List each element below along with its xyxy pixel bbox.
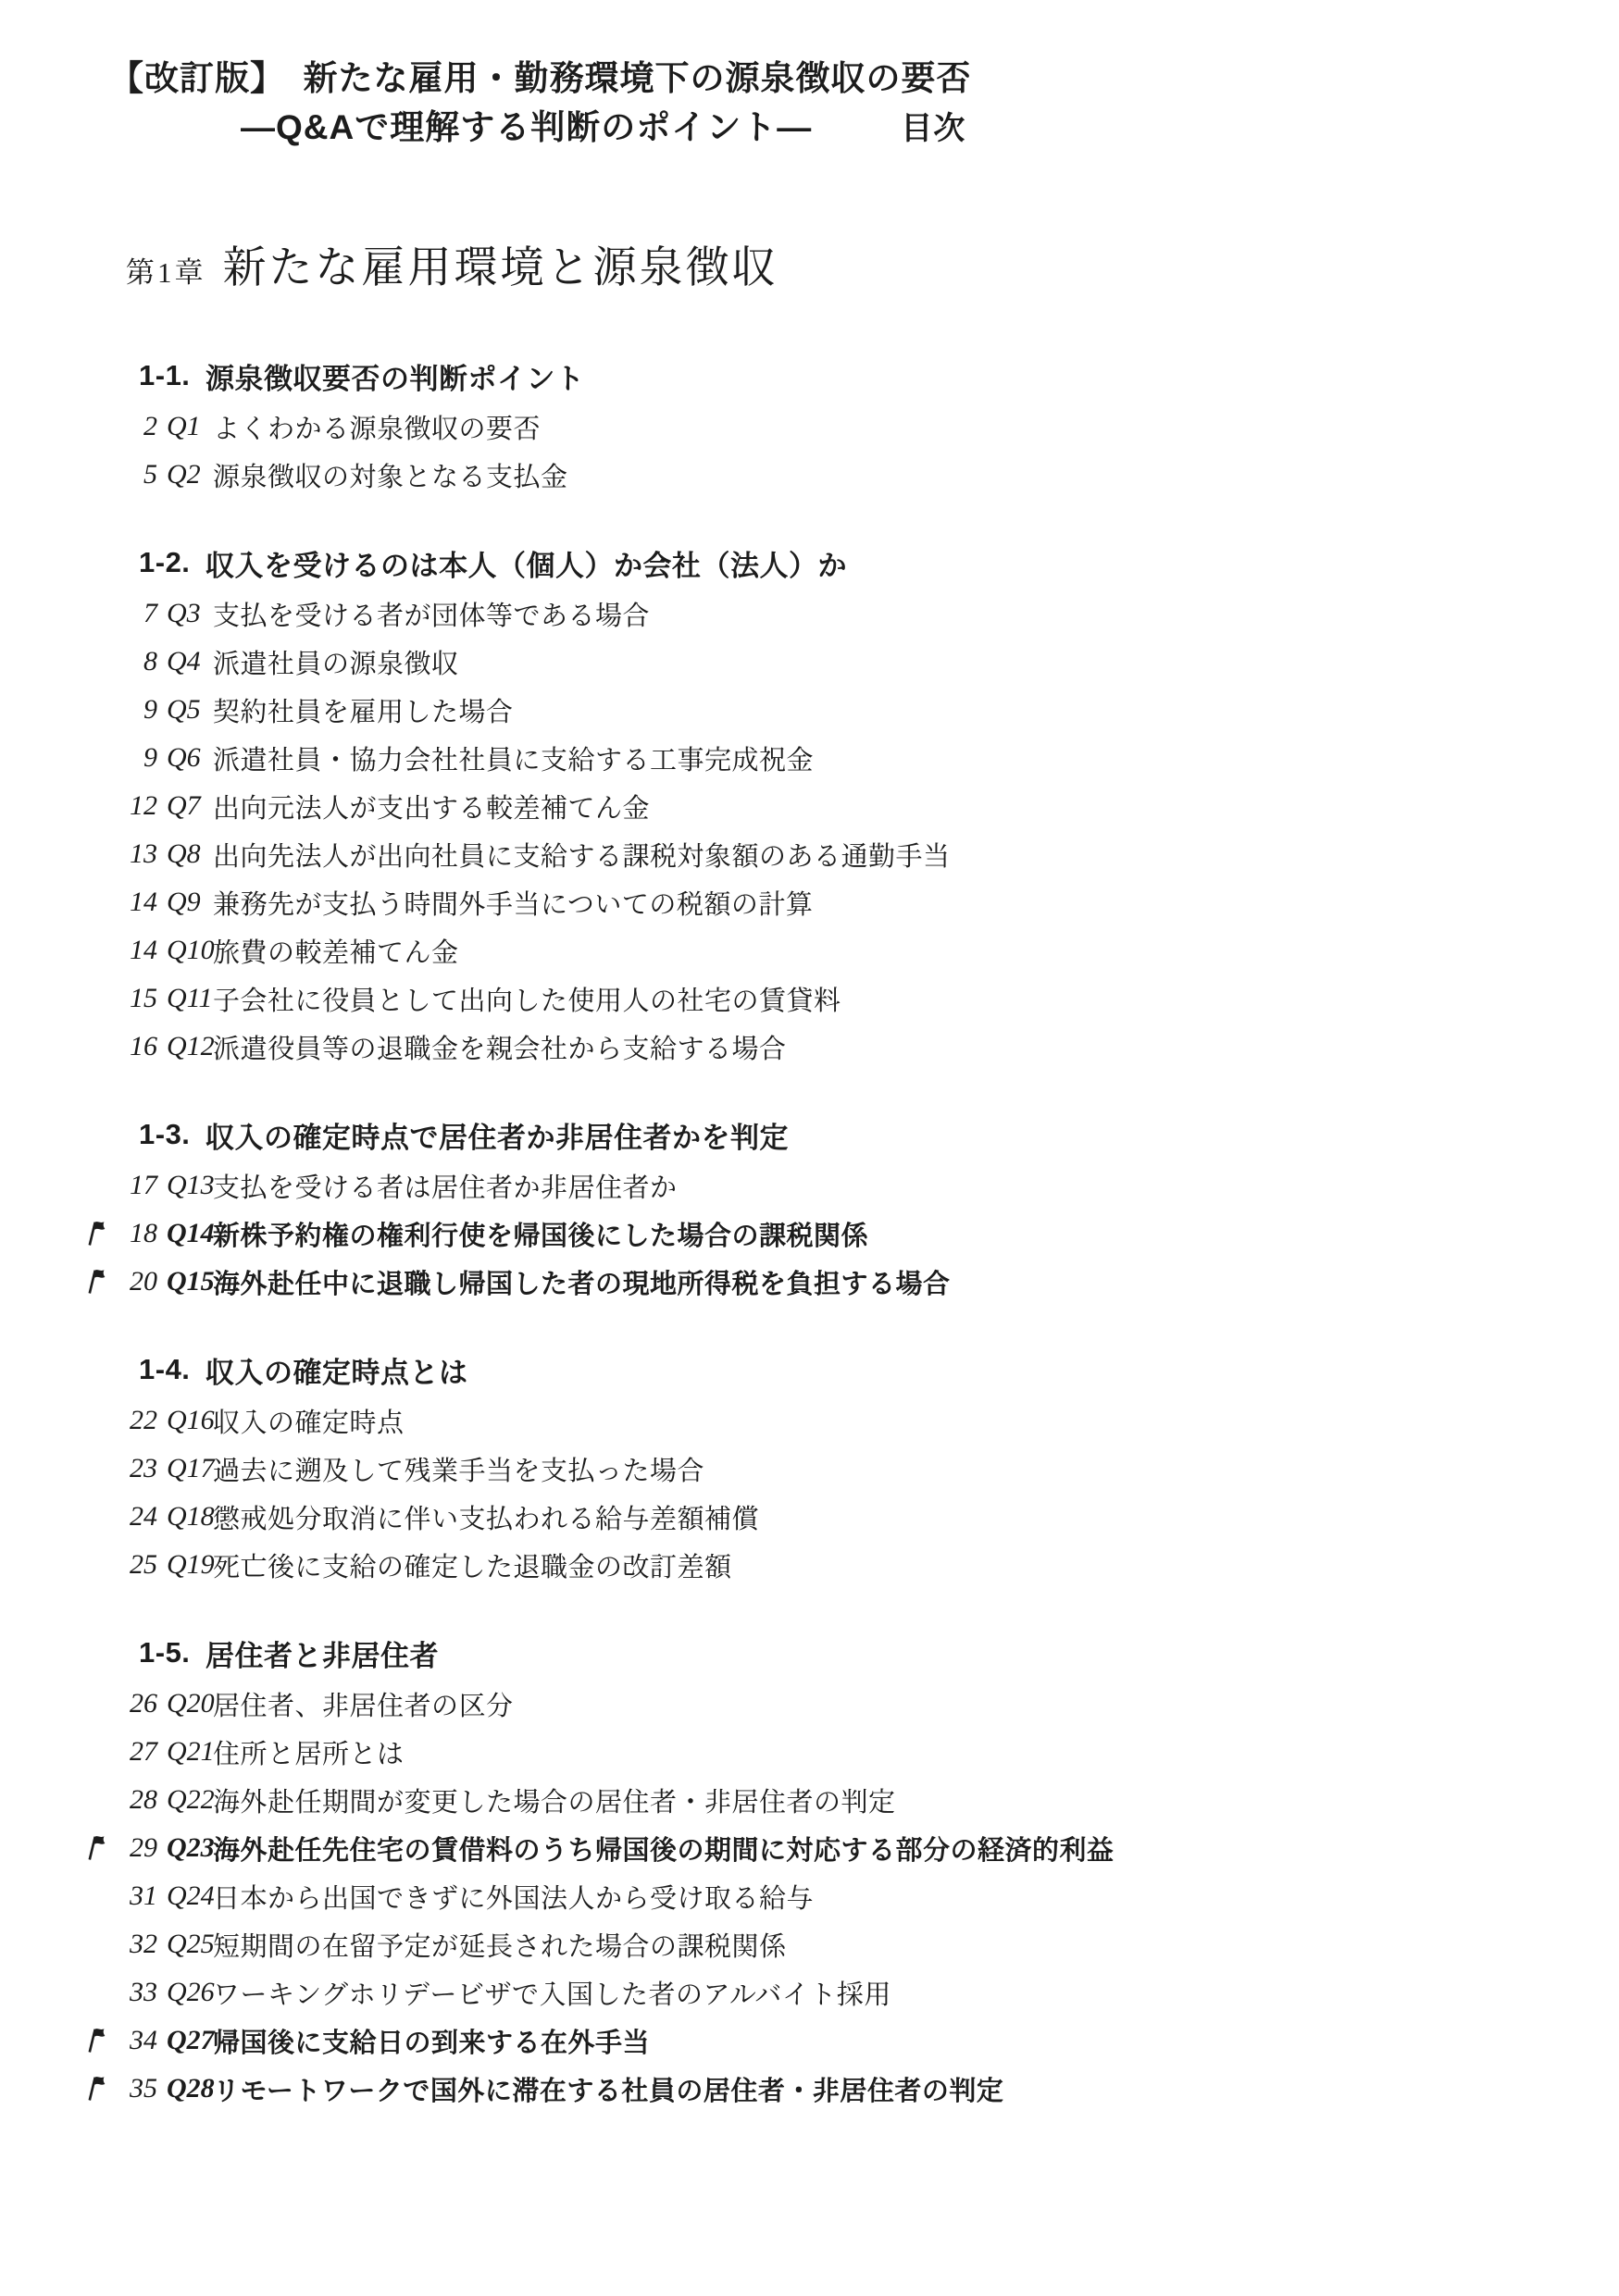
entry-q-label: Q6: [167, 742, 213, 774]
entry-title: 新株予約権の権利行使を帰国後にした場合の課税関係: [213, 1215, 1619, 1253]
chapter-title: 新たな雇用環境と源泉徴収: [223, 244, 778, 292]
toc-entry: 24Q18懲戒処分取消に伴い支払われる給与差額補償: [0, 1493, 1619, 1541]
flag-icon: [81, 2073, 122, 2104]
entry-q-label: Q28: [167, 2073, 213, 2104]
entry-page-number: 33: [122, 1977, 157, 2008]
chapter-number: 第1章: [126, 256, 206, 289]
entry-q-label: Q8: [167, 838, 213, 870]
entry-page-number: 27: [122, 1736, 157, 1768]
entry-title: よくわかる源泉徴収の要否: [213, 408, 1619, 446]
entry-q-label: Q7: [167, 790, 213, 822]
toc-entry: 35Q28リモートワークで国外に滞在する社員の居住者・非居住者の判定: [0, 2065, 1619, 2113]
entry-page-number: 25: [122, 1549, 157, 1581]
entry-page-number: 13: [122, 838, 157, 870]
entry-page-number: 22: [122, 1405, 157, 1436]
entry-page-number: 28: [122, 1784, 157, 1816]
toc-entry: 27Q21住所と居所とは: [0, 1728, 1619, 1776]
entry-page-number: 34: [122, 2025, 157, 2056]
section-title: 収入の確定時点で居住者か非居住者かを判定: [205, 1114, 1619, 1156]
entry-page-number: 16: [122, 1031, 157, 1062]
toc-entry: 15Q11子会社に役員として出向した使用人の社宅の賃貸料: [0, 974, 1619, 1023]
entry-page-number: 9: [122, 742, 157, 774]
entry-q-label: Q14: [167, 1218, 213, 1249]
toc-entry: 8Q4派遣社員の源泉徴収: [0, 638, 1619, 686]
entry-q-label: Q18: [167, 1501, 213, 1533]
section-title: 収入の確定時点とは: [205, 1349, 1619, 1391]
entry-title: 過去に遡及して残業手当を支払った場合: [213, 1450, 1619, 1488]
book-title-line2: ―Q&Aで理解する判断のポイント―: [241, 108, 812, 146]
toc-page: 【改訂版】 新たな雇用・勤務環境下の源泉徴収の要否 ―Q&Aで理解する判断のポイ…: [0, 0, 1619, 2296]
entry-title: 海外赴任期間が変更した場合の居住者・非居住者の判定: [213, 1781, 1619, 1819]
toc-entry: 26Q20居住者、非居住者の区分: [0, 1680, 1619, 1728]
section-heading: 1-2.収入を受けるのは本人（個人）か会社（法人）か: [0, 541, 1619, 584]
entry-title: 契約社員を雇用した場合: [213, 691, 1619, 729]
entry-page-number: 2: [122, 411, 157, 442]
entry-page-number: 14: [122, 935, 157, 966]
entry-q-label: Q16: [167, 1405, 213, 1436]
toc-sections: 1-1.源泉徴収要否の判断ポイント2Q1よくわかる源泉徴収の要否5Q2源泉徴収の…: [0, 354, 1619, 2113]
section-number: 1-3.: [139, 1118, 205, 1151]
entry-title: 子会社に役員として出向した使用人の社宅の賃貸料: [213, 980, 1619, 1018]
entry-title: 支払を受ける者は居住者か非居住者か: [213, 1167, 1619, 1205]
flag-icon: [81, 1218, 122, 1249]
entry-title: 居住者、非居住者の区分: [213, 1685, 1619, 1723]
entry-title: 派遣社員・協力会社社員に支給する工事完成祝金: [213, 739, 1619, 777]
entry-q-label: Q27: [167, 2025, 213, 2056]
section-number: 1-4.: [139, 1353, 205, 1386]
chapter-heading: 第1章新たな雇用環境と源泉徴収: [0, 233, 1619, 295]
entry-q-label: Q11: [167, 983, 213, 1014]
section-heading: 1-3.収入の確定時点で居住者か非居住者かを判定: [0, 1113, 1619, 1156]
entry-page-number: 17: [122, 1170, 157, 1201]
toc-entry: 22Q16収入の確定時点: [0, 1396, 1619, 1445]
entry-title: 源泉徴収の対象となる支払金: [213, 456, 1619, 494]
entry-q-label: Q4: [167, 646, 213, 677]
entry-page-number: 7: [122, 598, 157, 629]
entry-page-number: 12: [122, 790, 157, 822]
entry-q-label: Q13: [167, 1170, 213, 1201]
section-number: 1-2.: [139, 546, 205, 579]
book-title-line2-row: ―Q&Aで理解する判断のポイント―目次: [109, 103, 1619, 154]
entry-title: 日本から出国できずに外国法人から受け取る給与: [213, 1878, 1619, 1916]
entry-title: 派遣社員の源泉徴収: [213, 643, 1619, 681]
entry-title: 住所と居所とは: [213, 1733, 1619, 1771]
entry-page-number: 35: [122, 2073, 157, 2104]
entry-q-label: Q15: [167, 1266, 213, 1297]
book-title-block: 【改訂版】 新たな雇用・勤務環境下の源泉徴収の要否 ―Q&Aで理解する判断のポイ…: [0, 54, 1619, 154]
section-heading: 1-1.源泉徴収要否の判断ポイント: [0, 354, 1619, 397]
entry-title: 支払を受ける者が団体等である場合: [213, 595, 1619, 633]
entry-title: 死亡後に支給の確定した退職金の改訂差額: [213, 1546, 1619, 1584]
entry-page-number: 23: [122, 1453, 157, 1484]
toc-entry: 14Q9兼務先が支払う時間外手当についての税額の計算: [0, 878, 1619, 926]
entry-page-number: 8: [122, 646, 157, 677]
toc-entry: 32Q25短期間の在留予定が延長された場合の課税関係: [0, 1920, 1619, 1968]
entry-page-number: 5: [122, 459, 157, 490]
flag-icon: [81, 2025, 122, 2056]
entry-title: 懲戒処分取消に伴い支払われる給与差額補償: [213, 1498, 1619, 1536]
entry-title: ワーキングホリデービザで入国した者のアルバイト採用: [213, 1974, 1619, 2012]
toc-entry: 33Q26ワーキングホリデービザで入国した者のアルバイト採用: [0, 1968, 1619, 2017]
section-title: 収入を受けるのは本人（個人）か会社（法人）か: [205, 542, 1619, 584]
entry-q-label: Q20: [167, 1688, 213, 1719]
section-heading: 1-4.収入の確定時点とは: [0, 1348, 1619, 1391]
toc-entry: 29Q23海外赴任先住宅の賃借料のうち帰国後の期間に対応する部分の経済的利益: [0, 1824, 1619, 1872]
entry-title: 帰国後に支給日の到来する在外手当: [213, 2022, 1619, 2060]
entry-title: 派遣役員等の退職金を親会社から支給する場合: [213, 1028, 1619, 1066]
toc-entry: 14Q10旅費の較差補てん金: [0, 926, 1619, 974]
entry-page-number: 26: [122, 1688, 157, 1719]
entry-title: リモートワークで国外に滞在する社員の居住者・非居住者の判定: [213, 2070, 1619, 2108]
entry-page-number: 24: [122, 1501, 157, 1533]
entry-page-number: 20: [122, 1266, 157, 1297]
entry-q-label: Q25: [167, 1929, 213, 1960]
toc-entry: 2Q1よくわかる源泉徴収の要否: [0, 403, 1619, 451]
flag-icon: [81, 1832, 122, 1864]
toc-entry: 23Q17過去に遡及して残業手当を支払った場合: [0, 1445, 1619, 1493]
toc-entry: 18Q14新株予約権の権利行使を帰国後にした場合の課税関係: [0, 1210, 1619, 1258]
entry-page-number: 31: [122, 1880, 157, 1912]
entry-page-number: 29: [122, 1832, 157, 1864]
entry-q-label: Q26: [167, 1977, 213, 2008]
entry-title: 出向先法人が出向社員に支給する課税対象額のある通勤手当: [213, 836, 1619, 874]
toc-entry: 20Q15海外赴任中に退職し帰国した者の現地所得税を負担する場合: [0, 1258, 1619, 1306]
toc-entry: 7Q3支払を受ける者が団体等である場合: [0, 590, 1619, 638]
entry-q-label: Q24: [167, 1880, 213, 1912]
entry-title: 海外赴任中に退職し帰国した者の現地所得税を負担する場合: [213, 1263, 1619, 1301]
section-heading: 1-5.居住者と非居住者: [0, 1632, 1619, 1674]
entry-q-label: Q19: [167, 1549, 213, 1581]
entry-page-number: 18: [122, 1218, 157, 1249]
entry-q-label: Q5: [167, 694, 213, 726]
entry-q-label: Q3: [167, 598, 213, 629]
section-title: 居住者と非居住者: [205, 1632, 1619, 1674]
entry-q-label: Q17: [167, 1453, 213, 1484]
entry-title: 海外赴任先住宅の賃借料のうち帰国後の期間に対応する部分の経済的利益: [213, 1830, 1619, 1868]
entry-q-label: Q1: [167, 411, 213, 442]
entry-title: 出向元法人が支出する較差補てん金: [213, 788, 1619, 825]
section-number: 1-5.: [139, 1636, 205, 1669]
entry-title: 短期間の在留予定が延長された場合の課税関係: [213, 1926, 1619, 1964]
entry-q-label: Q9: [167, 887, 213, 918]
entry-page-number: 9: [122, 694, 157, 726]
entry-page-number: 15: [122, 983, 157, 1014]
entry-q-label: Q23: [167, 1832, 213, 1864]
toc-label: 目次: [901, 105, 965, 154]
entry-q-label: Q21: [167, 1736, 213, 1768]
entry-title: 旅費の較差補てん金: [213, 932, 1619, 970]
entry-q-label: Q22: [167, 1784, 213, 1816]
entry-q-label: Q10: [167, 935, 213, 966]
toc-entry: 5Q2源泉徴収の対象となる支払金: [0, 451, 1619, 499]
flag-icon: [81, 1266, 122, 1297]
toc-entry: 12Q7出向元法人が支出する較差補てん金: [0, 782, 1619, 830]
section-title: 源泉徴収要否の判断ポイント: [205, 355, 1619, 397]
section-number: 1-1.: [139, 359, 205, 392]
entry-title: 兼務先が支払う時間外手当についての税額の計算: [213, 884, 1619, 922]
toc-entry: 9Q6派遣社員・協力会社社員に支給する工事完成祝金: [0, 734, 1619, 782]
toc-entry: 25Q19死亡後に支給の確定した退職金の改訂差額: [0, 1541, 1619, 1589]
toc-entry: 34Q27帰国後に支給日の到来する在外手当: [0, 2017, 1619, 2065]
entry-title: 収入の確定時点: [213, 1402, 1619, 1440]
toc-entry: 28Q22海外赴任期間が変更した場合の居住者・非居住者の判定: [0, 1776, 1619, 1824]
entry-q-label: Q2: [167, 459, 213, 490]
book-title-line1: 【改訂版】 新たな雇用・勤務環境下の源泉徴収の要否: [109, 54, 1619, 103]
entry-q-label: Q12: [167, 1031, 213, 1062]
entry-page-number: 14: [122, 887, 157, 918]
toc-entry: 31Q24日本から出国できずに外国法人から受け取る給与: [0, 1872, 1619, 1920]
entry-page-number: 32: [122, 1929, 157, 1960]
toc-entry: 17Q13支払を受ける者は居住者か非居住者か: [0, 1161, 1619, 1210]
toc-entry: 13Q8出向先法人が出向社員に支給する課税対象額のある通勤手当: [0, 830, 1619, 878]
toc-entry: 9Q5契約社員を雇用した場合: [0, 686, 1619, 734]
toc-entry: 16Q12派遣役員等の退職金を親会社から支給する場合: [0, 1023, 1619, 1071]
